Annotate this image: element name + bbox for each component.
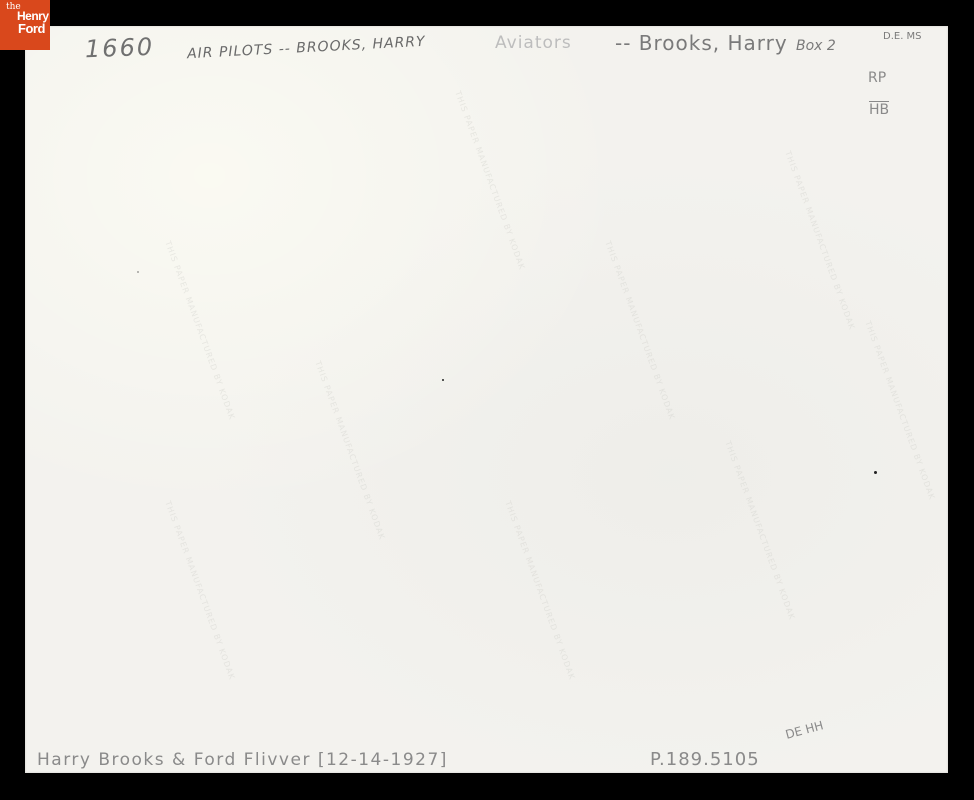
initials-mark: DE HH [784,718,825,742]
watermark-stamp: THIS PAPER MANUFACTURED BY KODAK [313,360,386,542]
photo-caption: Harry Brooks & Ford Flivver [12-14-1927] [37,750,448,770]
watermark-stamp: THIS PAPER MANUFACTURED BY KODAK [863,320,936,502]
mark-rp: RP [868,70,886,86]
subject-heading-faint: Aviators [495,33,572,53]
subject-heading-old: AIR PILOTS -- BROOKS, HARRY [187,34,426,62]
photo-verso: THIS PAPER MANUFACTURED BY KODAK THIS PA… [25,26,948,773]
paper-speck [137,271,139,273]
watermark-stamp: THIS PAPER MANUFACTURED BY KODAK [783,150,856,332]
watermark-stamp: THIS PAPER MANUFACTURED BY KODAK [603,240,676,422]
watermark-stamp: THIS PAPER MANUFACTURED BY KODAK [723,440,796,622]
henry-ford-logo: the Henry Ford [0,0,50,50]
mark-hb: HB [869,101,889,118]
paper-speck [442,379,444,381]
paper-speck [874,471,877,474]
box-number: Box 2 [796,38,836,54]
logo-ford: Ford [18,22,50,35]
watermark-stamp: THIS PAPER MANUFACTURED BY KODAK [163,240,236,422]
watermark-stamp: THIS PAPER MANUFACTURED BY KODAK [503,500,576,682]
watermark-stamp: THIS PAPER MANUFACTURED BY KODAK [453,90,526,272]
watermark-stamp: THIS PAPER MANUFACTURED BY KODAK [163,500,236,682]
corner-mark: D.E. MS [883,32,922,42]
accession-number: P.189.5105 [650,749,760,770]
catalog-number: 1660 [85,33,155,63]
subject-heading-new: -- Brooks, Harry [615,31,788,55]
